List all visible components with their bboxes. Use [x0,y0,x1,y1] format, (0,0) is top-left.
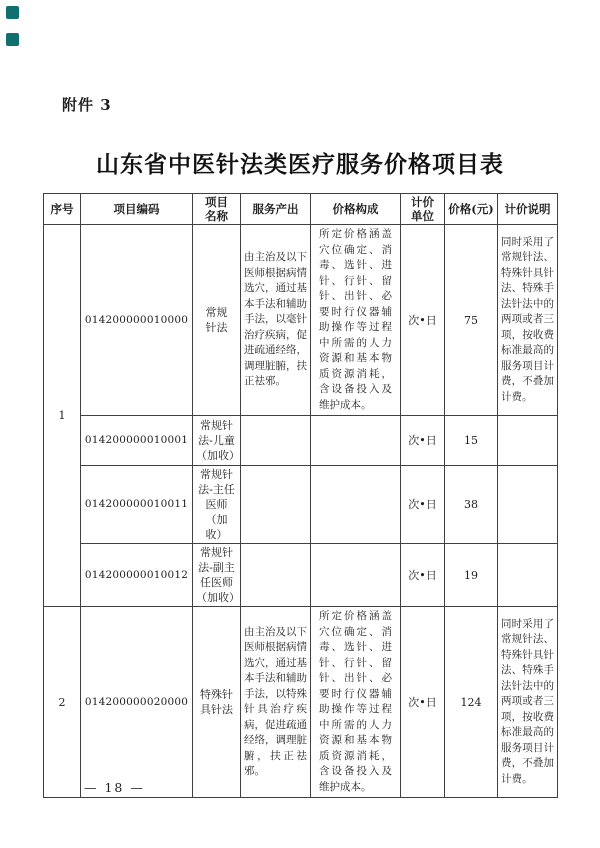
price-composition-cell [311,466,401,544]
page-number: — 18 — [84,780,145,795]
service-output-cell: 由主治及以下医师根据病情选穴，通过基本手法和辅助手法，以特殊针具治疗疾病，促进疏… [241,607,311,798]
project-code-cell: 014200000010012 [81,544,193,607]
serial-cell: 2 [44,607,81,798]
service-output-cell [241,416,311,466]
header-pricing-note: 计价说明 [498,194,558,225]
pricing-note-cell: 同时采用了常规针法、特殊针具针法、特殊手法针法中的两项或者三项，按收费标准最高的… [498,607,558,798]
pricing-note-cell [498,544,558,607]
price-composition-cell [311,416,401,466]
price-composition-cell [311,544,401,607]
table-row: 014200000010012 常规针 法-副主 任医师 （加收） 次•日 19 [44,544,558,607]
service-output-cell: 由主治及以下医师根据病情选穴，通过基本手法和辅助手法，以毫针治疗疾病，促进疏通经… [241,225,311,416]
service-output-cell [241,544,311,607]
header-pricing-unit: 计价 单位 [401,194,445,225]
price-table: 序号 项目编码 项目 名称 服务产出 价格构成 计价 单位 价格(元) 计价说明… [43,193,558,798]
project-code-cell: 014200000010000 [81,225,193,416]
corner-mark-bottom [6,33,19,46]
table-header-row: 序号 项目编码 项目 名称 服务产出 价格构成 计价 单位 价格(元) 计价说明 [44,194,558,225]
pricing-note-cell: 同时采用了常规针法、特殊针具针法、特殊手法针法中的两项或者三项，按收费标准最高的… [498,225,558,416]
price-cell: 15 [445,416,498,466]
price-cell: 19 [445,544,498,607]
pricing-note-cell [498,466,558,544]
header-serial: 序号 [44,194,81,225]
header-project-code: 项目编码 [81,194,193,225]
project-code-cell: 014200000010011 [81,466,193,544]
page-title: 山东省中医针法类医疗服务价格项目表 [0,146,600,179]
table-row: 014200000010001 常规针 法-儿童 （加收） 次•日 15 [44,416,558,466]
corner-mark-top [6,6,19,19]
header-price-composition: 价格构成 [311,194,401,225]
project-name-cell: 特殊针 具针法 [193,607,241,798]
pricing-unit-cell: 次•日 [401,466,445,544]
project-name-cell: 常规 针法 [193,225,241,416]
header-project-name: 项目 名称 [193,194,241,225]
document-page: 附件 3 山东省中医针法类医疗服务价格项目表 序号 项目编码 项目 名称 服务产… [0,0,600,848]
pricing-unit-cell: 次•日 [401,607,445,798]
project-name-cell: 常规针 法-主任 医师（加 收） [193,466,241,544]
header-price-yuan: 价格(元) [445,194,498,225]
attachment-label: 附件 3 [62,94,112,115]
table-row: 2 014200000020000 特殊针 具针法 由主治及以下医师根据病情选穴… [44,607,558,798]
project-name-cell: 常规针 法-儿童 （加收） [193,416,241,466]
service-output-cell [241,466,311,544]
price-cell: 124 [445,607,498,798]
pricing-note-cell [498,416,558,466]
table-row: 1 014200000010000 常规 针法 由主治及以下医师根据病情选穴，通… [44,225,558,416]
project-code-cell: 014200000010001 [81,416,193,466]
price-composition-cell: 所定价格涵盖穴位确定、消毒、选针、进针、行针、留针、出针、必要时行仪器辅助操作等… [311,607,401,798]
pricing-unit-cell: 次•日 [401,416,445,466]
project-code-cell: 014200000020000 [81,607,193,798]
project-name-cell: 常规针 法-副主 任医师 （加收） [193,544,241,607]
serial-cell: 1 [44,225,81,607]
table-row: 014200000010011 常规针 法-主任 医师（加 收） 次•日 38 [44,466,558,544]
pricing-unit-cell: 次•日 [401,225,445,416]
header-service-output: 服务产出 [241,194,311,225]
price-composition-cell: 所定价格涵盖穴位确定、消毒、选针、进针、行针、留针、出针、必要时行仪器辅助操作等… [311,225,401,416]
price-cell: 75 [445,225,498,416]
pricing-unit-cell: 次•日 [401,544,445,607]
price-cell: 38 [445,466,498,544]
